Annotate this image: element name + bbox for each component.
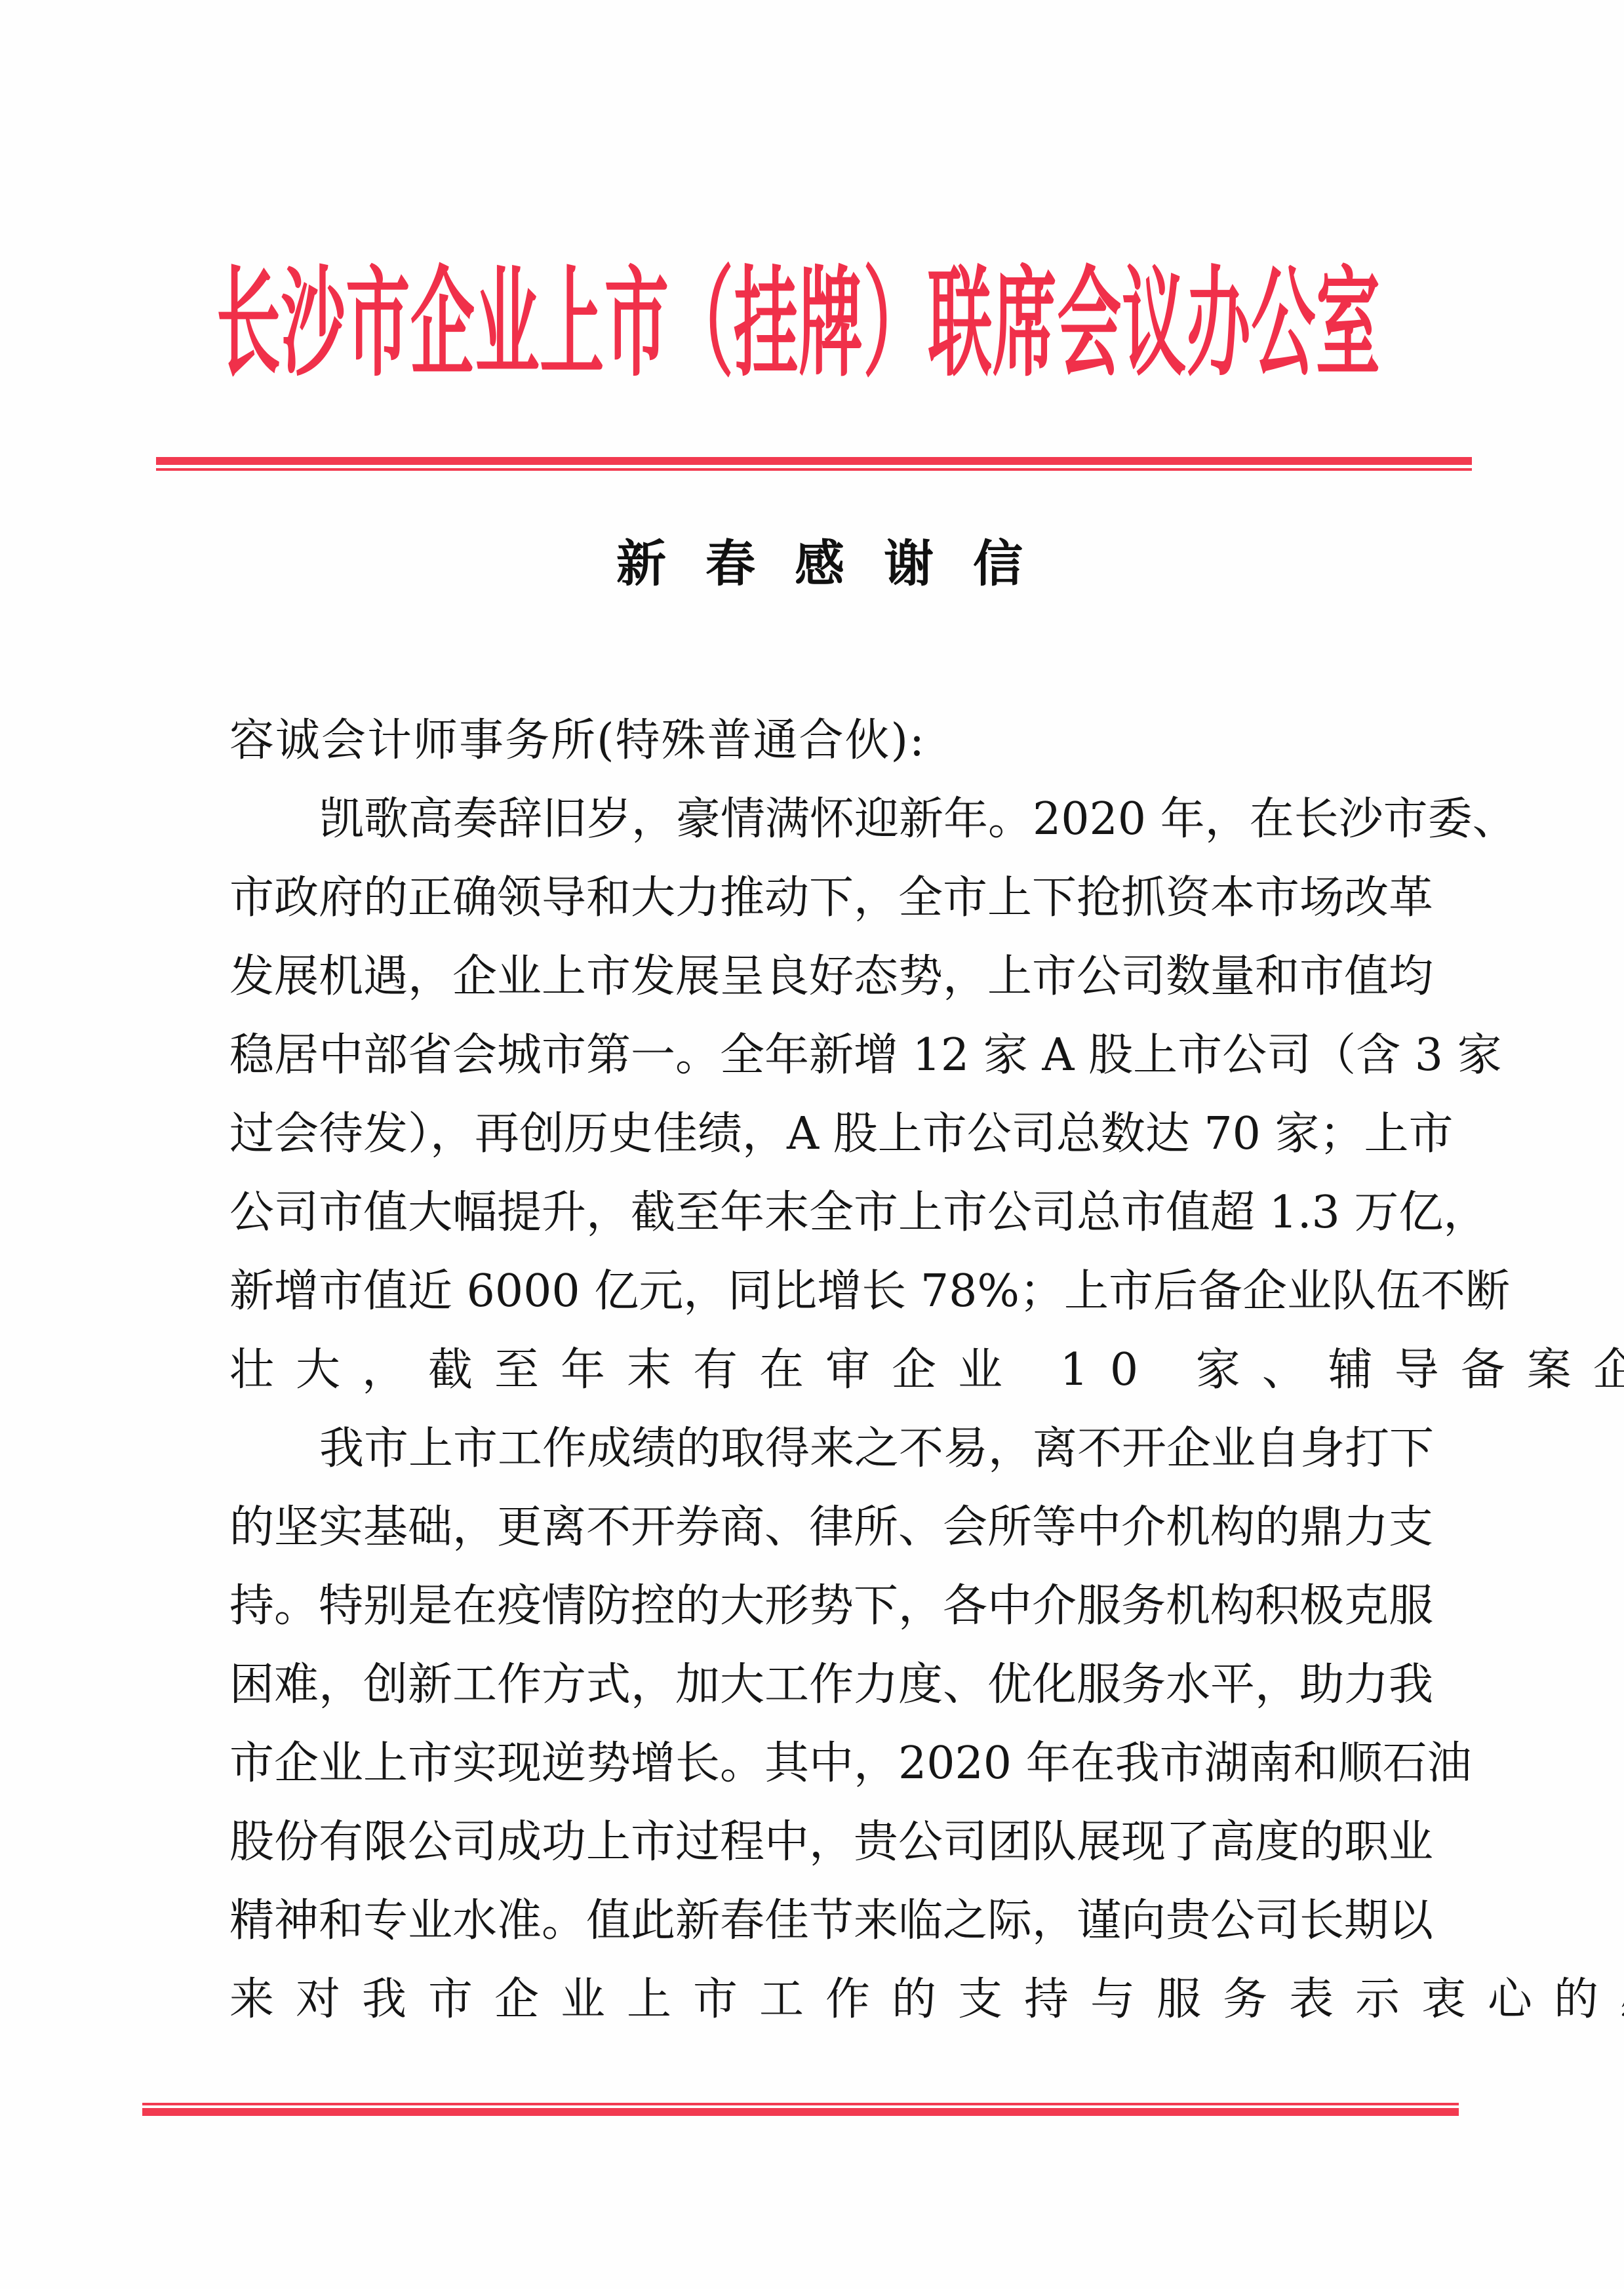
paragraph-line: 新增市值近 6000 亿元，同比增长 78%；上市后备企业队伍不断 bbox=[229, 1256, 1424, 1328]
paragraph-line: 困难，创新工作方式，加大工作力度、优化服务水平，助力我 bbox=[229, 1649, 1424, 1721]
paragraph-line: 稳居中部省会城市第一。全年新增 12 家 A 股上市公司（含 3 家 bbox=[229, 1020, 1424, 1092]
footer-rule-thick bbox=[142, 2108, 1459, 2116]
paragraph-line: 公司市值大幅提升，截至年末全市上市公司总市值超 1.3 万亿， bbox=[229, 1177, 1424, 1249]
paragraph-line: 过会待发），再创历史佳绩，A 股上市公司总数达 70 家；上市 bbox=[229, 1098, 1424, 1170]
paragraph-line: 的坚实基础，更离不开券商、律所、会所等中介机构的鼎力支 bbox=[229, 1492, 1424, 1564]
header-rule-thick bbox=[156, 457, 1472, 465]
paragraph-line: 凯歌高奏辞旧岁，豪情满怀迎新年。2020 年，在长沙市委、 bbox=[319, 784, 1424, 856]
paragraph-line: 市政府的正确领导和大力推动下，全市上下抢抓资本市场改革 bbox=[229, 862, 1424, 934]
paragraph-line: 来对我市企业上市工作的支持与服务表示衷心的感谢。 bbox=[229, 1964, 1424, 2036]
paragraph-line: 市企业上市实现逆势增长。其中，2020 年在我市湖南和顺石油 bbox=[229, 1728, 1424, 1800]
header-rule-thin bbox=[156, 468, 1472, 471]
issuing-office-header: 长沙市企业上市（挂牌）联席会议办公室 bbox=[216, 203, 1380, 446]
paragraph-line: 发展机遇，企业上市发展呈良好态势，上市公司数量和市值均 bbox=[229, 941, 1424, 1013]
salutation: 容诚会计师事务所(特殊普通合伙): bbox=[229, 705, 926, 777]
paragraph-line: 股份有限公司成功上市过程中，贵公司团队展现了高度的职业 bbox=[229, 1806, 1424, 1879]
letter-title: 新春感谢信 bbox=[590, 528, 1049, 600]
paragraph-line: 精神和专业水准。值此新春佳节来临之际，谨向贵公司长期以 bbox=[229, 1885, 1424, 1957]
paragraph-line: 持。特别是在疫情防控的大形势下，各中介服务机构积极克服 bbox=[229, 1570, 1424, 1642]
paragraph-line: 我市上市工作成绩的取得来之不易，离不开企业自身打下 bbox=[319, 1413, 1424, 1485]
letter-page: 长沙市企业上市（挂牌）联席会议办公室 新春感谢信 容诚会计师事务所(特殊普通合伙… bbox=[0, 0, 1624, 2289]
footer-rule-thin bbox=[142, 2103, 1459, 2105]
paragraph-line: 壮大，截至年末有在审企业 10 家、辅导备案企业 17 家。 bbox=[229, 1334, 1424, 1406]
